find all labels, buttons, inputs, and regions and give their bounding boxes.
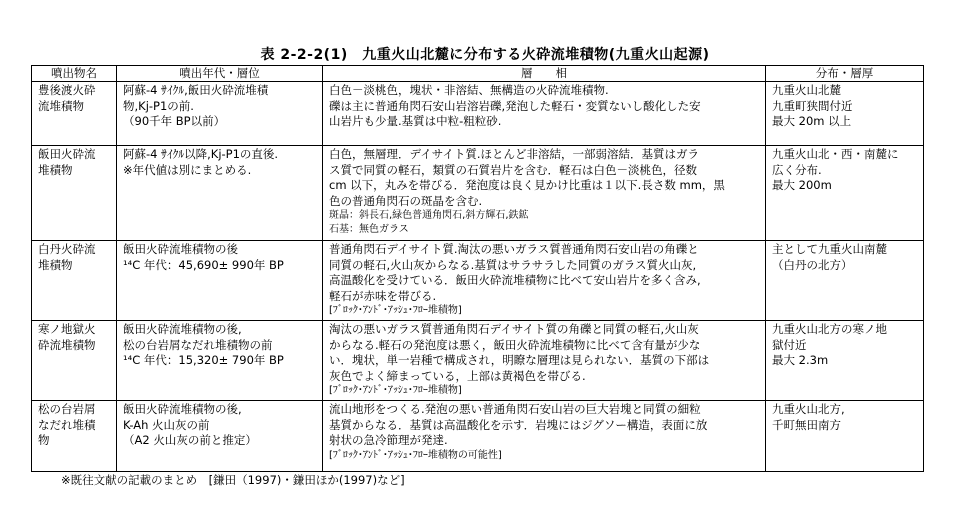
cell-distribution-line: 最大 20m 以上 bbox=[772, 114, 919, 130]
cell-distribution-line: 九重町狭間付近 bbox=[772, 99, 919, 115]
cell-eruption-age-line: 阿蘇-4 ｻｲｸﾙ以降,Kj-P1の直後. bbox=[123, 147, 318, 163]
cell-distribution: 九重火山北方,千町無田南方 bbox=[766, 401, 924, 472]
cell-facies-note: [ﾌﾞﾛｯｸ･ｱﾝﾄﾞ･ｱｯｼｭ･ﾌﾛｰ堆積物] bbox=[329, 384, 761, 398]
cell-eruption-age-line: 松の台岩屑なだれ堆積物の前 bbox=[123, 338, 318, 354]
cell-facies-line: 普通角閃石デイサイト質.淘汰の悪いガラス質普通角閃石安山岩の角礫と bbox=[329, 242, 761, 258]
cell-facies-line: からなる.軽石の発泡度は悪く，飯田火砕流堆積物に比べて含有量が少な bbox=[329, 338, 761, 354]
cell-eruptive-name-line: 飯田火砕流 bbox=[38, 147, 112, 163]
cell-facies: 白色，無層理．デイサイト質.ほとんど非溶結，一部弱溶結．基質はガラス質で同質の軽… bbox=[323, 146, 766, 241]
cell-distribution-line: 主として九重火山南麓 bbox=[772, 242, 919, 258]
cell-eruptive-name: 飯田火砕流堆積物 bbox=[32, 146, 117, 241]
cell-distribution-line: 九重火山北方の寒ノ地 bbox=[772, 322, 919, 338]
table-row: 白丹火砕流堆積物飯田火砕流堆積物の後¹⁴C 年代：45,690± 990年 BP… bbox=[32, 241, 924, 321]
table-header-row: 噴出物名 噴出年代・層位 層 相 分布・層厚 bbox=[32, 66, 924, 82]
cell-distribution-line: 千町無田南方 bbox=[772, 418, 919, 434]
cell-eruptive-name-line: 豊後渡火砕 bbox=[38, 83, 112, 99]
cell-facies-line: 基質からなる．基質は高温酸化を示す．岩塊にはジグソー構造，表面に放 bbox=[329, 418, 761, 434]
header-eruptive-name: 噴出物名 bbox=[32, 66, 117, 82]
cell-eruptive-name-line: 寒ノ地獄火 bbox=[38, 322, 112, 338]
cell-facies-note: 斑晶：斜長石,緑色普通角閃石,斜方輝石,鉄鉱 bbox=[329, 209, 761, 223]
cell-distribution-line: 広く分布. bbox=[772, 163, 919, 179]
cell-distribution-line: 最大 2.3m bbox=[772, 353, 919, 369]
cell-facies-line: 色の普通角閃石の斑晶を含む. bbox=[329, 194, 761, 210]
cell-eruptive-name-line: 物 bbox=[38, 433, 112, 449]
table-row: 松の台岩屑なだれ堆積物飯田火砕流堆積物の後,K-Ah 火山灰の前（A2 火山灰の… bbox=[32, 401, 924, 472]
cell-facies-line: 淘汰の悪いガラス質普通角閃石デイサイト質の角礫と同質の軽石,火山灰 bbox=[329, 322, 761, 338]
cell-eruptive-name: 松の台岩屑なだれ堆積物 bbox=[32, 401, 117, 472]
cell-eruptive-name-line: 松の台岩屑 bbox=[38, 402, 112, 418]
cell-eruption-age-line: 物,Kj-P1の前. bbox=[123, 99, 318, 115]
cell-eruption-age: 阿蘇-4 ｻｲｸﾙ,飯田火砕流堆積物,Kj-P1の前.（90千年 BP以前） bbox=[117, 82, 323, 146]
cell-eruption-age-line: ※年代値は別にまとめる. bbox=[123, 163, 318, 179]
cell-facies-line: 白色，無層理．デイサイト質.ほとんど非溶結，一部弱溶結．基質はガラ bbox=[329, 147, 761, 163]
cell-eruptive-name-line: 流堆積物 bbox=[38, 99, 112, 115]
cell-eruption-age-line: ¹⁴C 年代：45,690± 990年 BP bbox=[123, 258, 318, 274]
cell-distribution-line: 最大 200m bbox=[772, 178, 919, 194]
cell-facies-line: 礫は主に普通角閃石安山岩溶岩礫,発泡した軽石・変質ないし酸化した安 bbox=[329, 99, 761, 115]
footnote: ※既往文献の記載のまとめ [鎌田（1997)・鎌田ほか(1997)など] bbox=[61, 472, 405, 488]
cell-distribution-line: 九重火山北方, bbox=[772, 402, 919, 418]
header-distribution: 分布・層厚 bbox=[766, 66, 924, 82]
cell-facies-line: 高温酸化を受けている．飯田火砕流堆積物に比べて安山岩片を多く含み, bbox=[329, 273, 761, 289]
cell-distribution-line: 獄付近 bbox=[772, 338, 919, 354]
cell-facies-note: [ﾌﾞﾛｯｸ･ｱﾝﾄﾞ･ｱｯｼｭ･ﾌﾛｰ堆積物の可能性] bbox=[329, 449, 761, 463]
cell-facies-line: cm 以下，丸みを帯びる．発泡度は良く見かけ比重は１以下.長さ数 mm，黒 bbox=[329, 178, 761, 194]
cell-eruption-age-line: 飯田火砕流堆積物の後, bbox=[123, 402, 318, 418]
cell-eruption-age: 飯田火砕流堆積物の後¹⁴C 年代：45,690± 990年 BP bbox=[117, 241, 323, 321]
cell-distribution-line: 九重火山北・西・南麓に bbox=[772, 147, 919, 163]
cell-eruptive-name: 寒ノ地獄火砕流堆積物 bbox=[32, 321, 117, 401]
cell-distribution-line: 九重火山北麓 bbox=[772, 83, 919, 99]
cell-eruption-age-line: （90千年 BP以前） bbox=[123, 114, 318, 130]
pyroclastic-flow-table: 噴出物名 噴出年代・層位 層 相 分布・層厚 豊後渡火砕流堆積物阿蘇-4 ｻｲｸ… bbox=[31, 65, 924, 472]
header-facies: 層 相 bbox=[323, 66, 766, 82]
cell-eruption-age: 飯田火砕流堆積物の後,松の台岩屑なだれ堆積物の前¹⁴C 年代：15,320± 7… bbox=[117, 321, 323, 401]
cell-eruption-age-line: 飯田火砕流堆積物の後 bbox=[123, 242, 318, 258]
cell-facies-note: [ﾌﾞﾛｯｸ･ｱﾝﾄﾞ･ｱｯｼｭ･ﾌﾛｰ堆積物] bbox=[329, 304, 761, 318]
cell-eruption-age-line: 飯田火砕流堆積物の後, bbox=[123, 322, 318, 338]
cell-eruptive-name-line: 砕流堆積物 bbox=[38, 338, 112, 354]
cell-facies-line: 山岩片も少量.基質は中粒-粗粒砂. bbox=[329, 114, 761, 130]
cell-facies: 流山地形をつくる.発泡の悪い普通角閃石安山岩の巨大岩塊と同質の細粒基質からなる．… bbox=[323, 401, 766, 472]
cell-eruptive-name-line: なだれ堆積 bbox=[38, 418, 112, 434]
cell-eruption-age: 阿蘇-4 ｻｲｸﾙ以降,Kj-P1の直後.※年代値は別にまとめる. bbox=[117, 146, 323, 241]
cell-eruptive-name-line: 堆積物 bbox=[38, 258, 112, 274]
cell-facies-line: 白色－淡桃色，塊状・非溶結、無構造の火砕流堆積物. bbox=[329, 83, 761, 99]
cell-eruption-age-line: 阿蘇-4 ｻｲｸﾙ,飯田火砕流堆積 bbox=[123, 83, 318, 99]
cell-distribution: 九重火山北麓九重町狭間付近最大 20m 以上 bbox=[766, 82, 924, 146]
cell-eruptive-name: 白丹火砕流堆積物 bbox=[32, 241, 117, 321]
cell-facies-line: い．塊状，単一岩種で構成され，明瞭な層理は見られない．基質の下部は bbox=[329, 353, 761, 369]
cell-eruptive-name-line: 白丹火砕流 bbox=[38, 242, 112, 258]
header-eruption-age: 噴出年代・層位 bbox=[117, 66, 323, 82]
table-row: 飯田火砕流堆積物阿蘇-4 ｻｲｸﾙ以降,Kj-P1の直後.※年代値は別にまとめる… bbox=[32, 146, 924, 241]
cell-facies-line: 射状の急冷節理が発達. bbox=[329, 433, 761, 449]
cell-facies-line: 同質の軽石,火山灰からなる.基質はサラサラした同質のガラス質火山灰, bbox=[329, 258, 761, 274]
cell-facies-line: 灰色でよく締まっている，上部は黄褐色を帯びる. bbox=[329, 369, 761, 385]
cell-eruptive-name: 豊後渡火砕流堆積物 bbox=[32, 82, 117, 146]
table-row: 寒ノ地獄火砕流堆積物飯田火砕流堆積物の後,松の台岩屑なだれ堆積物の前¹⁴C 年代… bbox=[32, 321, 924, 401]
cell-facies-note: 石基：無色ガラス bbox=[329, 223, 761, 237]
cell-distribution: 九重火山北・西・南麓に広く分布.最大 200m bbox=[766, 146, 924, 241]
cell-eruptive-name-line: 堆積物 bbox=[38, 163, 112, 179]
cell-eruption-age-line: （A2 火山灰の前と推定） bbox=[123, 433, 318, 449]
table-title: 表 2-2-2(1) 九重火山北麓に分布する火砕流堆積物(九重火山起源) bbox=[0, 44, 970, 64]
cell-facies-line: 軽石が赤味を帯びる. bbox=[329, 289, 761, 305]
cell-facies: 淘汰の悪いガラス質普通角閃石デイサイト質の角礫と同質の軽石,火山灰からなる.軽石… bbox=[323, 321, 766, 401]
cell-distribution-line: （白丹の北方） bbox=[772, 258, 919, 274]
cell-facies: 普通角閃石デイサイト質.淘汰の悪いガラス質普通角閃石安山岩の角礫と同質の軽石,火… bbox=[323, 241, 766, 321]
cell-eruption-age-line: ¹⁴C 年代：15,320± 790年 BP bbox=[123, 353, 318, 369]
cell-distribution: 九重火山北方の寒ノ地獄付近最大 2.3m bbox=[766, 321, 924, 401]
cell-eruption-age-line: K-Ah 火山灰の前 bbox=[123, 418, 318, 434]
cell-distribution: 主として九重火山南麓（白丹の北方） bbox=[766, 241, 924, 321]
cell-eruption-age: 飯田火砕流堆積物の後,K-Ah 火山灰の前（A2 火山灰の前と推定） bbox=[117, 401, 323, 472]
table-row: 豊後渡火砕流堆積物阿蘇-4 ｻｲｸﾙ,飯田火砕流堆積物,Kj-P1の前.（90千… bbox=[32, 82, 924, 146]
cell-facies: 白色－淡桃色，塊状・非溶結、無構造の火砕流堆積物.礫は主に普通角閃石安山岩溶岩礫… bbox=[323, 82, 766, 146]
cell-facies-line: 流山地形をつくる.発泡の悪い普通角閃石安山岩の巨大岩塊と同質の細粒 bbox=[329, 402, 761, 418]
cell-facies-line: ス質で同質の軽石，類質の石質岩片を含む．軽石は白色－淡桃色，径数 bbox=[329, 163, 761, 179]
